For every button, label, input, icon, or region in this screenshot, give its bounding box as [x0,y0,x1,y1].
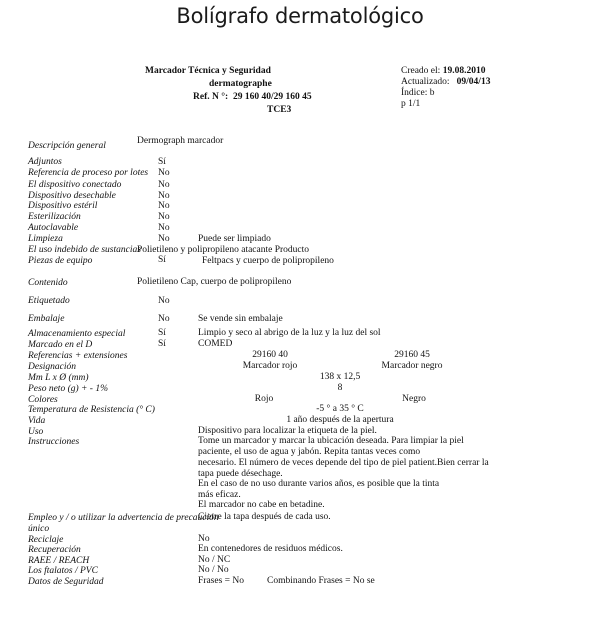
reference-label: Ref. N °: [193,92,228,102]
value-limpieza: No [158,234,170,245]
label-referencias: Referencias + extensiones [28,351,127,362]
value-dimensiones: 138 x 12,5 [290,372,390,383]
label-autoclavable: Autoclavable [28,223,78,234]
label-peso: Peso neto (g) + - 1% [28,384,108,395]
value-descripcion: Dermograph marcador [137,136,223,147]
note-almacenamiento: Limpio y seco al abrigo de la luz y la l… [198,328,381,339]
instrucciones-line-3: necesario. El número de veces depende de… [198,458,489,469]
value-conectado: No [158,180,170,191]
value-almacenamiento: Sí [158,328,166,339]
value-referencia-lotes: No [158,168,170,179]
value-autoclavable: No [158,223,170,234]
document-title: Bolígrafo dermatológico [0,4,600,28]
note-marcado: COMED [198,339,232,350]
label-recuperacion: Recuperación [28,545,81,556]
label-esteril: Dispositivo estéril [28,201,97,212]
created-value: 19.08.2010 [443,66,486,76]
note-limpieza: Puede ser limpiado [198,234,271,245]
label-dimensiones: Mm L x Ø (mm) [28,373,89,384]
label-descripcion: Descripción general [28,141,106,152]
value-embalaje: No [158,314,170,325]
value-contenido: Polietileno Cap, cuerpo de polipropileno [137,277,291,288]
value-advertencia: Cierre la tapa después de cada uso. [198,512,331,523]
updated-value: 09/04/13 [457,77,491,87]
note-piezas: Feltpacs y cuerpo de polipropileno [202,256,334,267]
value-referencia-2: 29160 45 [362,350,462,361]
instrucciones-line-1: Tome un marcador y marcar la ubicación d… [198,436,464,447]
value-piezas: Sí [158,255,166,266]
value-marcado: Sí [158,339,166,350]
label-adjuntos: Adjuntos [28,157,62,168]
note-seguridad: Combinando Frases = No se [267,576,375,587]
label-referencia-lotes: Referencia de proceso por lotes [28,168,148,179]
instrucciones-line-5: En el caso de no uso durante varios años… [198,479,439,490]
value-referencia-1: 29160 40 [220,350,320,361]
header-line1: Marcador Técnica y Seguridad [145,66,271,77]
index: Índice: b [401,88,435,99]
label-vida: Vida [28,416,45,427]
value-designacion-1: Marcador rojo [220,361,320,372]
page-number: p 1/1 [401,99,420,110]
label-etiquetado: Etiquetado [28,296,70,307]
updated-date: Actualizado: 09/04/13 [401,77,490,88]
label-contenido: Contenido [28,278,68,289]
label-advertencia-2: único [28,524,49,535]
label-almacenamiento: Almacenamiento especial [28,329,125,340]
value-peso: 8 [290,383,390,394]
value-ftalatos: No / No [198,565,229,576]
label-seguridad: Datos de Seguridad [28,577,103,588]
label-instrucciones: Instrucciones [28,437,79,448]
value-etiquetado: No [158,296,170,307]
reference-value: 29 160 40/29 160 45 [233,92,312,102]
value-recuperacion: En contenedores de residuos médicos. [198,544,343,555]
label-ftalatos: Los ftalatos / PVC [28,566,98,577]
value-temperatura: -5 ° a 35 ° C [290,404,390,415]
label-conectado: El dispositivo conectado [28,180,121,191]
value-adjuntos: Sí [158,157,166,168]
label-temperatura: Temperatura de Resistencia (° C) [28,405,155,416]
label-marcado: Marcado en el D [28,340,92,351]
value-esteril: No [158,201,170,212]
instrucciones-line-7: El marcador no cabe en betadine. [198,500,325,511]
reference-number: Ref. N °: 29 160 40/29 160 45 [193,92,312,103]
value-designacion-2: Marcador negro [362,361,462,372]
label-embalaje: Embalaje [28,314,64,325]
value-esterilizacion: No [158,212,170,223]
label-advertencia: Empleo y / o utilizar la advertencia de … [28,513,219,524]
note-embalaje: Se vende sin embalaje [198,314,283,325]
label-designacion: Designación [28,362,76,373]
created-label: Creado el: [401,66,440,76]
document-code: TCE3 [267,105,291,116]
label-esterilizacion: Esterilización [28,212,81,223]
label-uso-indebido: El uso indebido de sustancias [28,245,141,256]
instrucciones-line-2: paciente, el uso de agua y jabón. Repita… [198,447,420,458]
updated-label: Actualizado: [401,77,450,87]
header-line2: dermatographe [209,79,272,90]
created-date: Creado el: 19.08.2010 [401,66,485,77]
value-vida: 1 año después de la apertura [270,415,410,426]
label-piezas: Piezas de equipo [28,256,92,267]
value-seguridad: Frases = No [198,576,244,587]
label-limpieza: Limpieza [28,234,63,245]
